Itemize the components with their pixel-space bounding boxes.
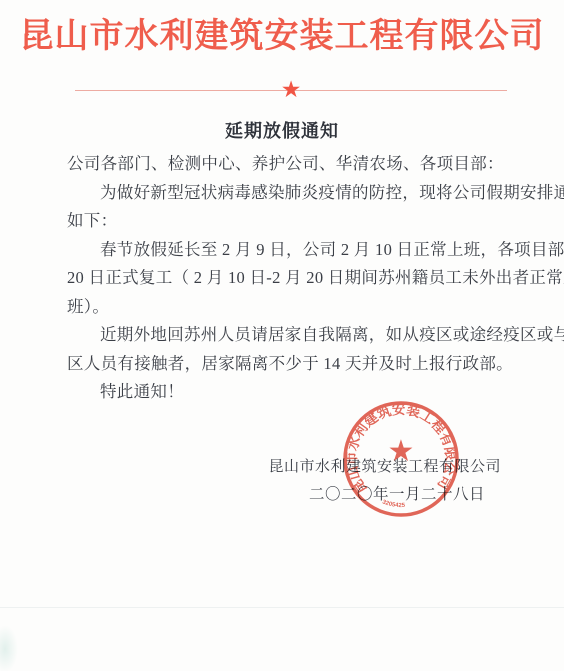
signature-date: 二〇二〇年一月二十八日 (309, 484, 485, 505)
notice-document-page: 昆山市水利建筑安装工程有限公司 ★ 延期放假通知 公司各部门、检测中心、养护公司… (0, 0, 564, 671)
notice-body-line: 区人员有接触者，居家隔离不少于 14 天并及时上报行政部。 (67, 350, 513, 379)
seal-arc-text: 昆山市水利建筑安装工程有限公司 (343, 401, 459, 497)
notice-body-line: 近期外地回苏州人员请居家自我隔离，如从疫区或途经疫区或与疫 (67, 321, 513, 350)
notice-title: 延期放假通知 (0, 119, 564, 143)
star-icon: ★ (281, 78, 302, 101)
notice-body-line: 如下： (67, 207, 513, 236)
notice-body-line: 班）。 (67, 293, 513, 322)
seal-arc-text-container: 昆山市水利建筑安装工程有限公司 (343, 401, 459, 497)
letterhead-divider: ★ (75, 82, 507, 110)
letterhead-company-name: 昆山市水利建筑安装工程有限公司 (0, 12, 564, 60)
scan-artifact-line (0, 607, 564, 608)
notice-body: 公司各部门、检测中心、养护公司、华清农场、各项目部： 为做好新型冠状病毒感染肺炎… (67, 150, 513, 407)
signature-company-name: 昆山市水利建筑安装工程有限公司 (268, 457, 501, 478)
scan-artifact-smudge (0, 625, 18, 671)
notice-body-line: 为做好新型冠状病毒感染肺炎疫情的防控，现将公司假期安排通知 (67, 179, 513, 208)
notice-body-line: 公司各部门、检测中心、养护公司、华清农场、各项目部： (67, 150, 513, 179)
notice-body-line: 特此通知！ (67, 378, 513, 407)
notice-body-line: 春节放假延长至 2 月 9 日，公司 2 月 10 日正常上班，各项目部 2 月 (67, 236, 513, 265)
notice-body-line: 20 日正式复工（ 2 月 10 日-2 月 20 日期间苏州籍员工未外出者正常… (67, 264, 513, 293)
